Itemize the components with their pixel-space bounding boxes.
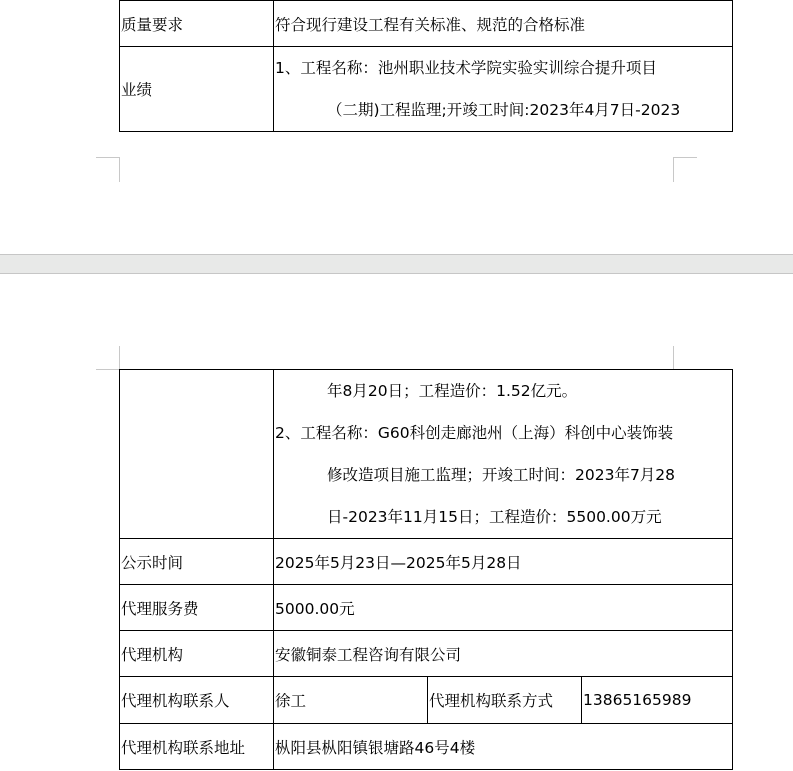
row-label: 公示时间	[120, 539, 274, 585]
row-value: 枞阳县枞阳镇银塘路46号4楼	[274, 724, 733, 770]
margin-mark	[119, 157, 120, 182]
row-label: 代理服务费	[120, 585, 274, 631]
table-row: 质量要求 符合现行建设工程有关标准、规范的合格标准	[120, 1, 733, 47]
row-label: 业绩	[120, 47, 274, 132]
text-line: 2、工程名称：G60科创走廊池州（上海）科创中心装饰装	[275, 412, 732, 454]
row-label: 代理机构	[120, 631, 274, 677]
document-page-1: 质量要求 符合现行建设工程有关标准、规范的合格标准 业绩 1、工程名称：池州职业…	[0, 0, 793, 243]
row-value: 13865165989	[582, 677, 733, 724]
row-label: 代理机构联系人	[120, 677, 274, 724]
margin-mark	[673, 346, 674, 370]
row-label: 代理机构联系地址	[120, 724, 274, 770]
info-table-page-2: 年8月20日；工程造价：1.52亿元。 2、工程名称：G60科创走廊池州（上海）…	[119, 369, 733, 770]
row-value: 1、工程名称：池州职业技术学院实验实训综合提升项目 （二期)工程监理;开竣工时间…	[274, 47, 733, 132]
row-value: 符合现行建设工程有关标准、规范的合格标准	[274, 1, 733, 47]
table-row: 业绩 1、工程名称：池州职业技术学院实验实训综合提升项目 （二期)工程监理;开竣…	[120, 47, 733, 132]
document-page-2: 年8月20日；工程造价：1.52亿元。 2、工程名称：G60科创走廊池州（上海）…	[0, 274, 793, 771]
margin-mark	[96, 369, 120, 370]
text-line: 修改造项目施工监理；开竣工时间：2023年7月28	[275, 454, 732, 496]
text-line: 年8月20日；工程造价：1.52亿元。	[275, 370, 732, 412]
text-line: （二期)工程监理;开竣工时间:2023年4月7日-2023	[275, 89, 732, 131]
page-separator	[0, 254, 793, 274]
margin-mark	[673, 157, 674, 182]
table-row: 年8月20日；工程造价：1.52亿元。 2、工程名称：G60科创走廊池州（上海）…	[120, 370, 733, 539]
table-row: 代理机构联系人 徐工 代理机构联系方式 13865165989	[120, 677, 733, 724]
row-value: 2025年5月23日—2025年5月28日	[274, 539, 733, 585]
table-row: 公示时间 2025年5月23日—2025年5月28日	[120, 539, 733, 585]
row-value: 安徽铜泰工程咨询有限公司	[274, 631, 733, 677]
margin-mark	[96, 157, 120, 158]
table-row: 代理机构 安徽铜泰工程咨询有限公司	[120, 631, 733, 677]
row-value: 5000.00元	[274, 585, 733, 631]
margin-mark	[673, 157, 697, 158]
row-value: 徐工	[274, 677, 428, 724]
row-label-empty	[120, 370, 274, 539]
row-label: 质量要求	[120, 1, 274, 47]
margin-mark	[119, 346, 120, 370]
info-table-page-1: 质量要求 符合现行建设工程有关标准、规范的合格标准 业绩 1、工程名称：池州职业…	[119, 0, 733, 132]
text-line: 日-2023年11月15日；工程造价：5500.00万元	[275, 496, 732, 538]
table-row: 代理服务费 5000.00元	[120, 585, 733, 631]
row-label: 代理机构联系方式	[428, 677, 582, 724]
row-value: 年8月20日；工程造价：1.52亿元。 2、工程名称：G60科创走廊池州（上海）…	[274, 370, 733, 539]
text-line: 1、工程名称：池州职业技术学院实验实训综合提升项目	[275, 47, 732, 89]
table-row: 代理机构联系地址 枞阳县枞阳镇银塘路46号4楼	[120, 724, 733, 770]
